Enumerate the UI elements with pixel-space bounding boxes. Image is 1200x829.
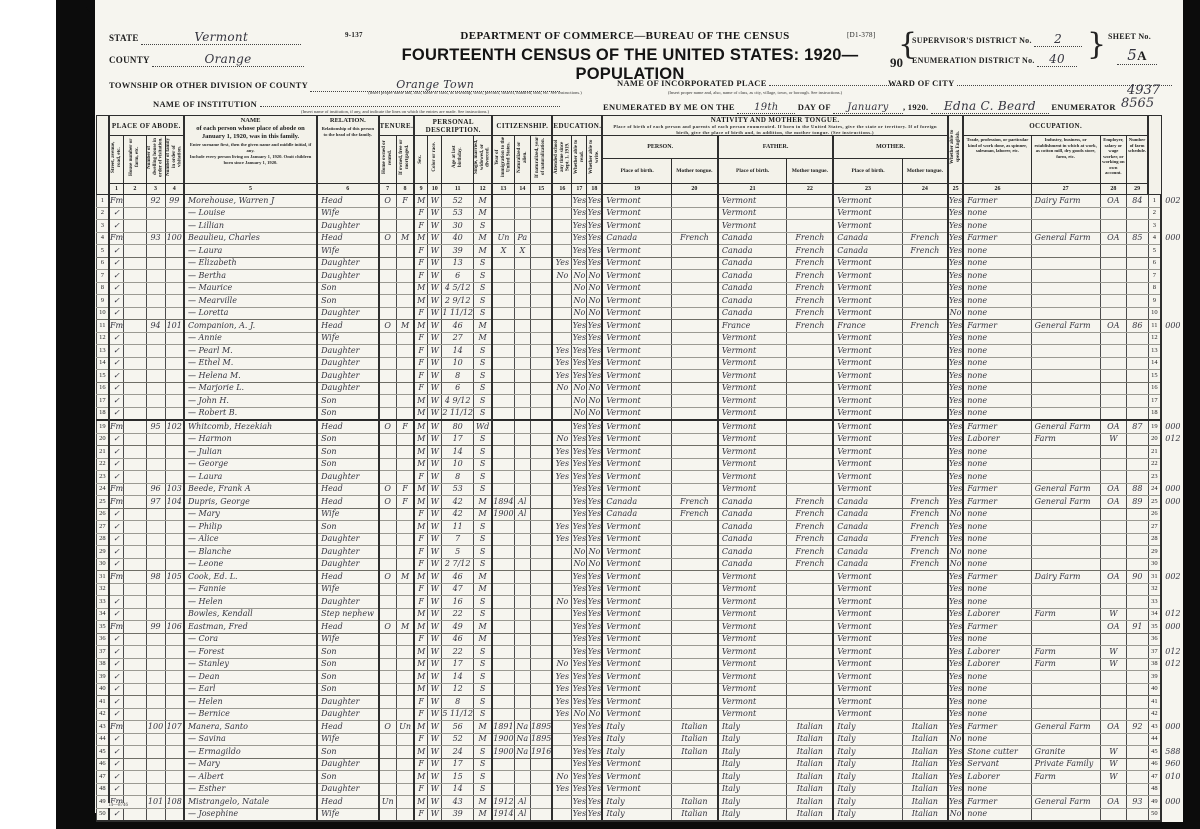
cell-family	[165, 608, 184, 621]
cell-family	[165, 771, 184, 784]
cell-marital: S	[474, 483, 493, 496]
cell-pob-father: Italy	[718, 796, 787, 809]
cell-pob-father: Canada	[718, 508, 787, 521]
cell-name: Mistrangelo, Natale	[184, 796, 317, 809]
line-number-right: 49	[1148, 796, 1161, 809]
cell-immigration-year: Un	[492, 232, 514, 245]
cell-marital: M	[474, 621, 493, 634]
cell-family	[165, 696, 184, 709]
cell-pob-mother: Vermont	[833, 307, 902, 320]
cell-name: — Pearl M.	[184, 345, 317, 358]
cell-mortgaged	[396, 546, 414, 559]
cell-owned	[379, 558, 397, 571]
cell-tongue-mother	[902, 257, 948, 270]
cell-naturalization-year: 1895	[531, 721, 553, 734]
cell-naturalization-year	[531, 446, 553, 459]
cell-pob-mother: Canada	[833, 558, 902, 571]
margin-code: 000	[1161, 621, 1183, 634]
sheet-number-hw: 5	[1127, 46, 1137, 64]
cell-marital: M	[474, 496, 493, 509]
cell-name: — Forest	[184, 646, 317, 659]
cell-mortgaged	[396, 282, 414, 295]
cell-tongue-mother: Italian	[902, 783, 948, 796]
cell-naturalization-year	[531, 708, 553, 721]
cell-relation: Daughter	[317, 307, 378, 320]
cell-read: No	[572, 407, 587, 420]
cell-pob-mother: Vermont	[833, 708, 902, 721]
line-number-left: 47	[97, 771, 109, 784]
cell-pob-mother: Vermont	[833, 357, 902, 370]
cell-school	[552, 207, 571, 220]
cell-tongue-father	[787, 207, 833, 220]
cell-trade: none	[963, 633, 1031, 646]
cell-race: W	[428, 796, 442, 809]
cell-trade: none	[963, 307, 1031, 320]
cell-sex: M	[414, 683, 427, 696]
cell-english: Yes	[948, 207, 963, 220]
cell-naturalization-year	[531, 558, 553, 571]
cell-write: Yes	[587, 357, 603, 370]
cell-race: W	[428, 533, 442, 546]
margin-code	[1161, 783, 1183, 796]
line-number-left: 10	[97, 307, 109, 320]
cell-farm-schedule: 90	[1127, 571, 1149, 584]
cell-english: Yes	[948, 382, 963, 395]
cell-race: W	[428, 746, 442, 759]
cell-read: No	[572, 295, 587, 308]
col-pob-header: Place of birth.	[833, 159, 902, 184]
cell-tongue-person	[671, 458, 717, 471]
cell-tongue-father: Italian	[787, 758, 833, 771]
cell-house	[124, 458, 146, 471]
cell-immigration-year	[492, 621, 514, 634]
cell-farm-schedule	[1127, 533, 1149, 546]
cell-read: Yes	[572, 320, 587, 333]
census-row: 50✓— JosephineWifeFW39M1914AlYesYesItaly…	[97, 808, 1184, 821]
cell-relation: Step nephew	[317, 608, 378, 621]
cell-relation: Daughter	[317, 357, 378, 370]
cell-employer	[1100, 808, 1126, 821]
cell-farm-schedule	[1127, 282, 1149, 295]
cell-trade: Farmer	[963, 796, 1031, 809]
enumerator-signature: Edna C. Beard	[931, 99, 1049, 114]
cell-tongue-mother: French	[902, 533, 948, 546]
cell-house	[124, 370, 146, 383]
cell-tongue-person: French	[671, 496, 717, 509]
cell-immigration-year	[492, 307, 514, 320]
cell-marital: M	[474, 207, 493, 220]
cell-street: ✓	[109, 758, 124, 771]
cell-immigration-year: 1900	[492, 508, 514, 521]
cell-pob-mother: Canada	[833, 508, 902, 521]
cell-name: Morehouse, Warren J	[184, 195, 317, 208]
cell-pob-mother: Vermont	[833, 220, 902, 233]
cell-owned	[379, 207, 397, 220]
cell-owned	[379, 808, 397, 821]
cell-house	[124, 808, 146, 821]
census-row: 48✓— EstherDaughterFW14SYesYesYesVermont…	[97, 783, 1184, 796]
cell-marital: S	[474, 407, 493, 420]
cell-street: ✓	[109, 671, 124, 684]
cell-read: Yes	[572, 596, 587, 609]
cell-school	[552, 282, 571, 295]
margin-code: 000	[1161, 721, 1183, 734]
cell-street: ✓	[109, 357, 124, 370]
cell-immigration-year	[492, 483, 514, 496]
cell-pob-person: Italy	[602, 733, 671, 746]
cell-immigration-year	[492, 207, 514, 220]
cell-read: Yes	[572, 357, 587, 370]
cell-read: Yes	[572, 783, 587, 796]
cell-pob-person: Vermont	[602, 407, 671, 420]
cell-sex: F	[414, 357, 427, 370]
cell-tongue-mother: Italian	[902, 721, 948, 734]
cell-employer: W	[1100, 746, 1126, 759]
cell-name: — George	[184, 458, 317, 471]
cell-sex: F	[414, 370, 427, 383]
cell-farm-schedule	[1127, 207, 1149, 220]
cell-naturalized: Na	[514, 721, 530, 734]
margin-code: 000	[1161, 496, 1183, 509]
cell-industry: Farm	[1031, 658, 1100, 671]
cell-english: Yes	[948, 345, 963, 358]
cell-naturalization-year	[531, 683, 553, 696]
cell-sex: F	[414, 533, 427, 546]
cell-naturalization-year	[531, 633, 553, 646]
cell-english: No	[948, 508, 963, 521]
cell-naturalization-year	[531, 420, 553, 433]
cell-tongue-father	[787, 407, 833, 420]
cell-employer	[1100, 407, 1126, 420]
col-immigration-header: Year of immigration to the United States…	[492, 136, 514, 184]
cell-naturalized	[514, 646, 530, 659]
cell-pob-person: Vermont	[602, 533, 671, 546]
cell-english: Yes	[948, 232, 963, 245]
cell-pob-father: Canada	[718, 533, 787, 546]
cell-race: W	[428, 683, 442, 696]
cell-sex: M	[414, 295, 427, 308]
group-place-of-abode: PLACE OF ABODE.	[109, 116, 184, 136]
cell-trade: Laborer	[963, 608, 1031, 621]
cell-pob-father: Vermont	[718, 708, 787, 721]
cell-pob-father: Vermont	[718, 471, 787, 484]
cell-farm-schedule	[1127, 708, 1149, 721]
cell-sex: F	[414, 696, 427, 709]
cell-owned	[379, 257, 397, 270]
cell-sex: F	[414, 733, 427, 746]
cell-farm-schedule: 92	[1127, 721, 1149, 734]
cell-industry	[1031, 733, 1100, 746]
cell-race: W	[428, 571, 442, 584]
cell-employer	[1100, 207, 1126, 220]
cell-immigration-year	[492, 671, 514, 684]
col-family-header: Number of family in order of visitation.	[165, 136, 184, 184]
cell-industry	[1031, 295, 1100, 308]
margin-code	[1161, 696, 1183, 709]
cell-english: Yes	[948, 646, 963, 659]
cell-naturalized	[514, 771, 530, 784]
cell-family: 105	[165, 571, 184, 584]
cell-naturalized	[514, 683, 530, 696]
cell-dwelling	[146, 671, 165, 684]
cell-name: Companion, A. J.	[184, 320, 317, 333]
cell-tongue-mother	[902, 195, 948, 208]
cell-farm-schedule	[1127, 458, 1149, 471]
cell-pob-person: Vermont	[602, 270, 671, 283]
cell-pob-father: Vermont	[718, 446, 787, 459]
cell-naturalized	[514, 621, 530, 634]
cell-tongue-person: French	[671, 232, 717, 245]
cell-employer	[1100, 382, 1126, 395]
cell-tongue-person	[671, 407, 717, 420]
cell-trade: none	[963, 546, 1031, 559]
cell-family	[165, 683, 184, 696]
cell-pob-father: Canada	[718, 546, 787, 559]
cell-employer	[1100, 783, 1126, 796]
cell-immigration-year	[492, 257, 514, 270]
cell-marital: S	[474, 257, 493, 270]
cell-age: 43	[442, 796, 474, 809]
cell-mortgaged	[396, 683, 414, 696]
cell-street: ✓	[109, 257, 124, 270]
cell-age: 10	[442, 357, 474, 370]
cell-relation: Head	[317, 232, 378, 245]
cell-farm-schedule: 86	[1127, 320, 1149, 333]
cell-sex: F	[414, 596, 427, 609]
cell-pob-mother: Vermont	[833, 270, 902, 283]
cell-street: Fm	[109, 496, 124, 509]
cell-school: Yes	[552, 783, 571, 796]
cell-english: Yes	[948, 483, 963, 496]
line-number-right: 38	[1148, 658, 1161, 671]
cell-farm-schedule	[1127, 395, 1149, 408]
cell-street: ✓	[109, 808, 124, 821]
cell-mortgaged	[396, 521, 414, 534]
cell-house	[124, 257, 146, 270]
line-number-right: 40	[1148, 683, 1161, 696]
cell-employer	[1100, 295, 1126, 308]
cell-pob-father: Vermont	[718, 220, 787, 233]
cell-industry: General Farm	[1031, 420, 1100, 433]
cell-race: W	[428, 546, 442, 559]
cell-read: Yes	[572, 508, 587, 521]
line-number-right: 21	[1148, 446, 1161, 459]
cell-dwelling: 101	[146, 796, 165, 809]
line-number-left: 16	[97, 382, 109, 395]
cell-owned	[379, 546, 397, 559]
cell-tongue-father	[787, 708, 833, 721]
cell-pob-father: Canada	[718, 270, 787, 283]
cell-pob-father: Vermont	[718, 332, 787, 345]
cell-pob-father: Vermont	[718, 433, 787, 446]
cell-street: Fm	[109, 320, 124, 333]
cell-street: Fm	[109, 232, 124, 245]
census-row: 35Fm99106Eastman, FredHeadOMMW49MYesYesV…	[97, 621, 1184, 634]
line-number-left: 1	[97, 195, 109, 208]
township-label: TOWNSHIP OR OTHER DIVISION OF COUNTY	[109, 80, 308, 90]
cell-farm-schedule	[1127, 783, 1149, 796]
line-number-right: 10	[1148, 307, 1161, 320]
cell-name: — Ethel M.	[184, 357, 317, 370]
cell-marital: S	[474, 546, 493, 559]
institution-field: NAME OF INSTITUTION	[153, 99, 560, 109]
enumeration-month: January	[833, 102, 903, 114]
margin-code	[1161, 207, 1183, 220]
cell-dwelling	[146, 282, 165, 295]
cell-race: W	[428, 446, 442, 459]
cell-tongue-father	[787, 458, 833, 471]
cell-house	[124, 483, 146, 496]
cell-marital: S	[474, 521, 493, 534]
cell-pob-mother: Vermont	[833, 683, 902, 696]
cell-english: Yes	[948, 583, 963, 596]
line-number-left: 5	[97, 245, 109, 258]
line-number-right: 32	[1148, 583, 1161, 596]
cell-trade: none	[963, 683, 1031, 696]
cell-pob-father: Italy	[718, 746, 787, 759]
cell-pob-person: Vermont	[602, 483, 671, 496]
cell-mortgaged	[396, 395, 414, 408]
cell-dwelling	[146, 521, 165, 534]
cell-dwelling	[146, 758, 165, 771]
cell-race: W	[428, 382, 442, 395]
cell-school	[552, 646, 571, 659]
column-number: 1	[109, 184, 124, 195]
cell-employer	[1100, 370, 1126, 383]
cell-marital: S	[474, 382, 493, 395]
cell-naturalized	[514, 395, 530, 408]
cell-pob-person: Vermont	[602, 458, 671, 471]
cell-industry	[1031, 596, 1100, 609]
cell-age: 6	[442, 382, 474, 395]
cell-sex: M	[414, 195, 427, 208]
cell-pob-mother: Vermont	[833, 420, 902, 433]
cell-dwelling	[146, 546, 165, 559]
cell-employer	[1100, 521, 1126, 534]
institution-note: (Insert name of institution, if any, and…	[245, 109, 545, 114]
cell-employer: OA	[1100, 721, 1126, 734]
cell-dwelling	[146, 270, 165, 283]
cell-immigration-year	[492, 332, 514, 345]
cell-farm-schedule	[1127, 771, 1149, 784]
cell-pob-father: Vermont	[718, 696, 787, 709]
cell-name: — Stanley	[184, 658, 317, 671]
group-education: EDUCATION.	[552, 116, 602, 136]
line-number-left: 29	[97, 546, 109, 559]
cell-sex: M	[414, 571, 427, 584]
cell-sex: M	[414, 496, 427, 509]
cell-pob-father: Italy	[718, 783, 787, 796]
cell-relation: Wife	[317, 808, 378, 821]
cell-read: Yes	[572, 683, 587, 696]
cell-english: Yes	[948, 521, 963, 534]
cell-house	[124, 683, 146, 696]
cell-school	[552, 733, 571, 746]
margin-code	[1161, 332, 1183, 345]
line-number-right: 41	[1148, 696, 1161, 709]
cell-tongue-father	[787, 395, 833, 408]
cell-street: ✓	[109, 458, 124, 471]
cell-naturalized	[514, 596, 530, 609]
cell-relation: Son	[317, 746, 378, 759]
cell-tongue-person	[671, 382, 717, 395]
cell-sex: M	[414, 621, 427, 634]
cell-age: 17	[442, 433, 474, 446]
column-number: 7	[379, 184, 397, 195]
cell-naturalization-year	[531, 395, 553, 408]
col-marital-header: Single, married, widowed, or divorced.	[474, 136, 493, 184]
cell-house	[124, 771, 146, 784]
cell-age: 10	[442, 458, 474, 471]
cell-employer: OA	[1100, 483, 1126, 496]
cell-sex: M	[414, 658, 427, 671]
cell-farm-schedule	[1127, 683, 1149, 696]
cell-house	[124, 621, 146, 634]
cell-naturalized: Na	[514, 746, 530, 759]
cell-relation: Wife	[317, 245, 378, 258]
census-row: 36✓— CoraWifeFW46MYesYesVermontVermontVe…	[97, 633, 1184, 646]
cell-naturalized: Pa	[514, 232, 530, 245]
cell-naturalized	[514, 320, 530, 333]
cell-naturalization-year	[531, 245, 553, 258]
line-number-left: 18	[97, 407, 109, 420]
cell-employer: W	[1100, 433, 1126, 446]
cell-age: 13	[442, 257, 474, 270]
cell-write: Yes	[587, 608, 603, 621]
cell-sex: F	[414, 207, 427, 220]
cell-farm-schedule	[1127, 471, 1149, 484]
margin-code	[1161, 370, 1183, 383]
cell-immigration-year	[492, 420, 514, 433]
cell-name: — Leone	[184, 558, 317, 571]
cell-immigration-year	[492, 533, 514, 546]
cell-sex: M	[414, 232, 427, 245]
cell-tongue-mother	[902, 671, 948, 684]
cell-street: ✓	[109, 646, 124, 659]
cell-employer	[1100, 683, 1126, 696]
cell-tongue-father	[787, 683, 833, 696]
col-mother-tongue-header: Mother tongue.	[787, 159, 833, 184]
census-row: 45✓— ErmagildoSonMW24S1900Na1916YesYesIt…	[97, 746, 1184, 759]
cell-owned	[379, 633, 397, 646]
county-value: Orange	[152, 52, 304, 67]
incorporated-place-note: (Insert proper name and, also, name of c…	[635, 90, 875, 95]
cell-tongue-person: Italian	[671, 733, 717, 746]
cell-write: Yes	[587, 571, 603, 584]
handwritten-margin-numbers: 4937 8565	[1127, 84, 1160, 110]
cell-owned	[379, 307, 397, 320]
cell-read: Yes	[572, 533, 587, 546]
cell-naturalization-year	[531, 295, 553, 308]
cell-naturalized	[514, 307, 530, 320]
cell-pob-father: Vermont	[718, 671, 787, 684]
cell-read: Yes	[572, 433, 587, 446]
cell-owned	[379, 646, 397, 659]
cell-naturalized: Al	[514, 508, 530, 521]
cell-street: ✓	[109, 345, 124, 358]
cell-tongue-person	[671, 758, 717, 771]
cell-industry	[1031, 270, 1100, 283]
cell-write: No	[587, 270, 603, 283]
cell-tongue-mother	[902, 583, 948, 596]
enumerated-prefix: ENUMERATED BY ME ON THE	[603, 102, 735, 112]
margin-code: 002	[1161, 571, 1183, 584]
line-number-right: 31	[1148, 571, 1161, 584]
cell-tongue-father: Italian	[787, 721, 833, 734]
cell-tongue-person	[671, 345, 717, 358]
cell-mortgaged	[396, 295, 414, 308]
cell-school	[552, 395, 571, 408]
